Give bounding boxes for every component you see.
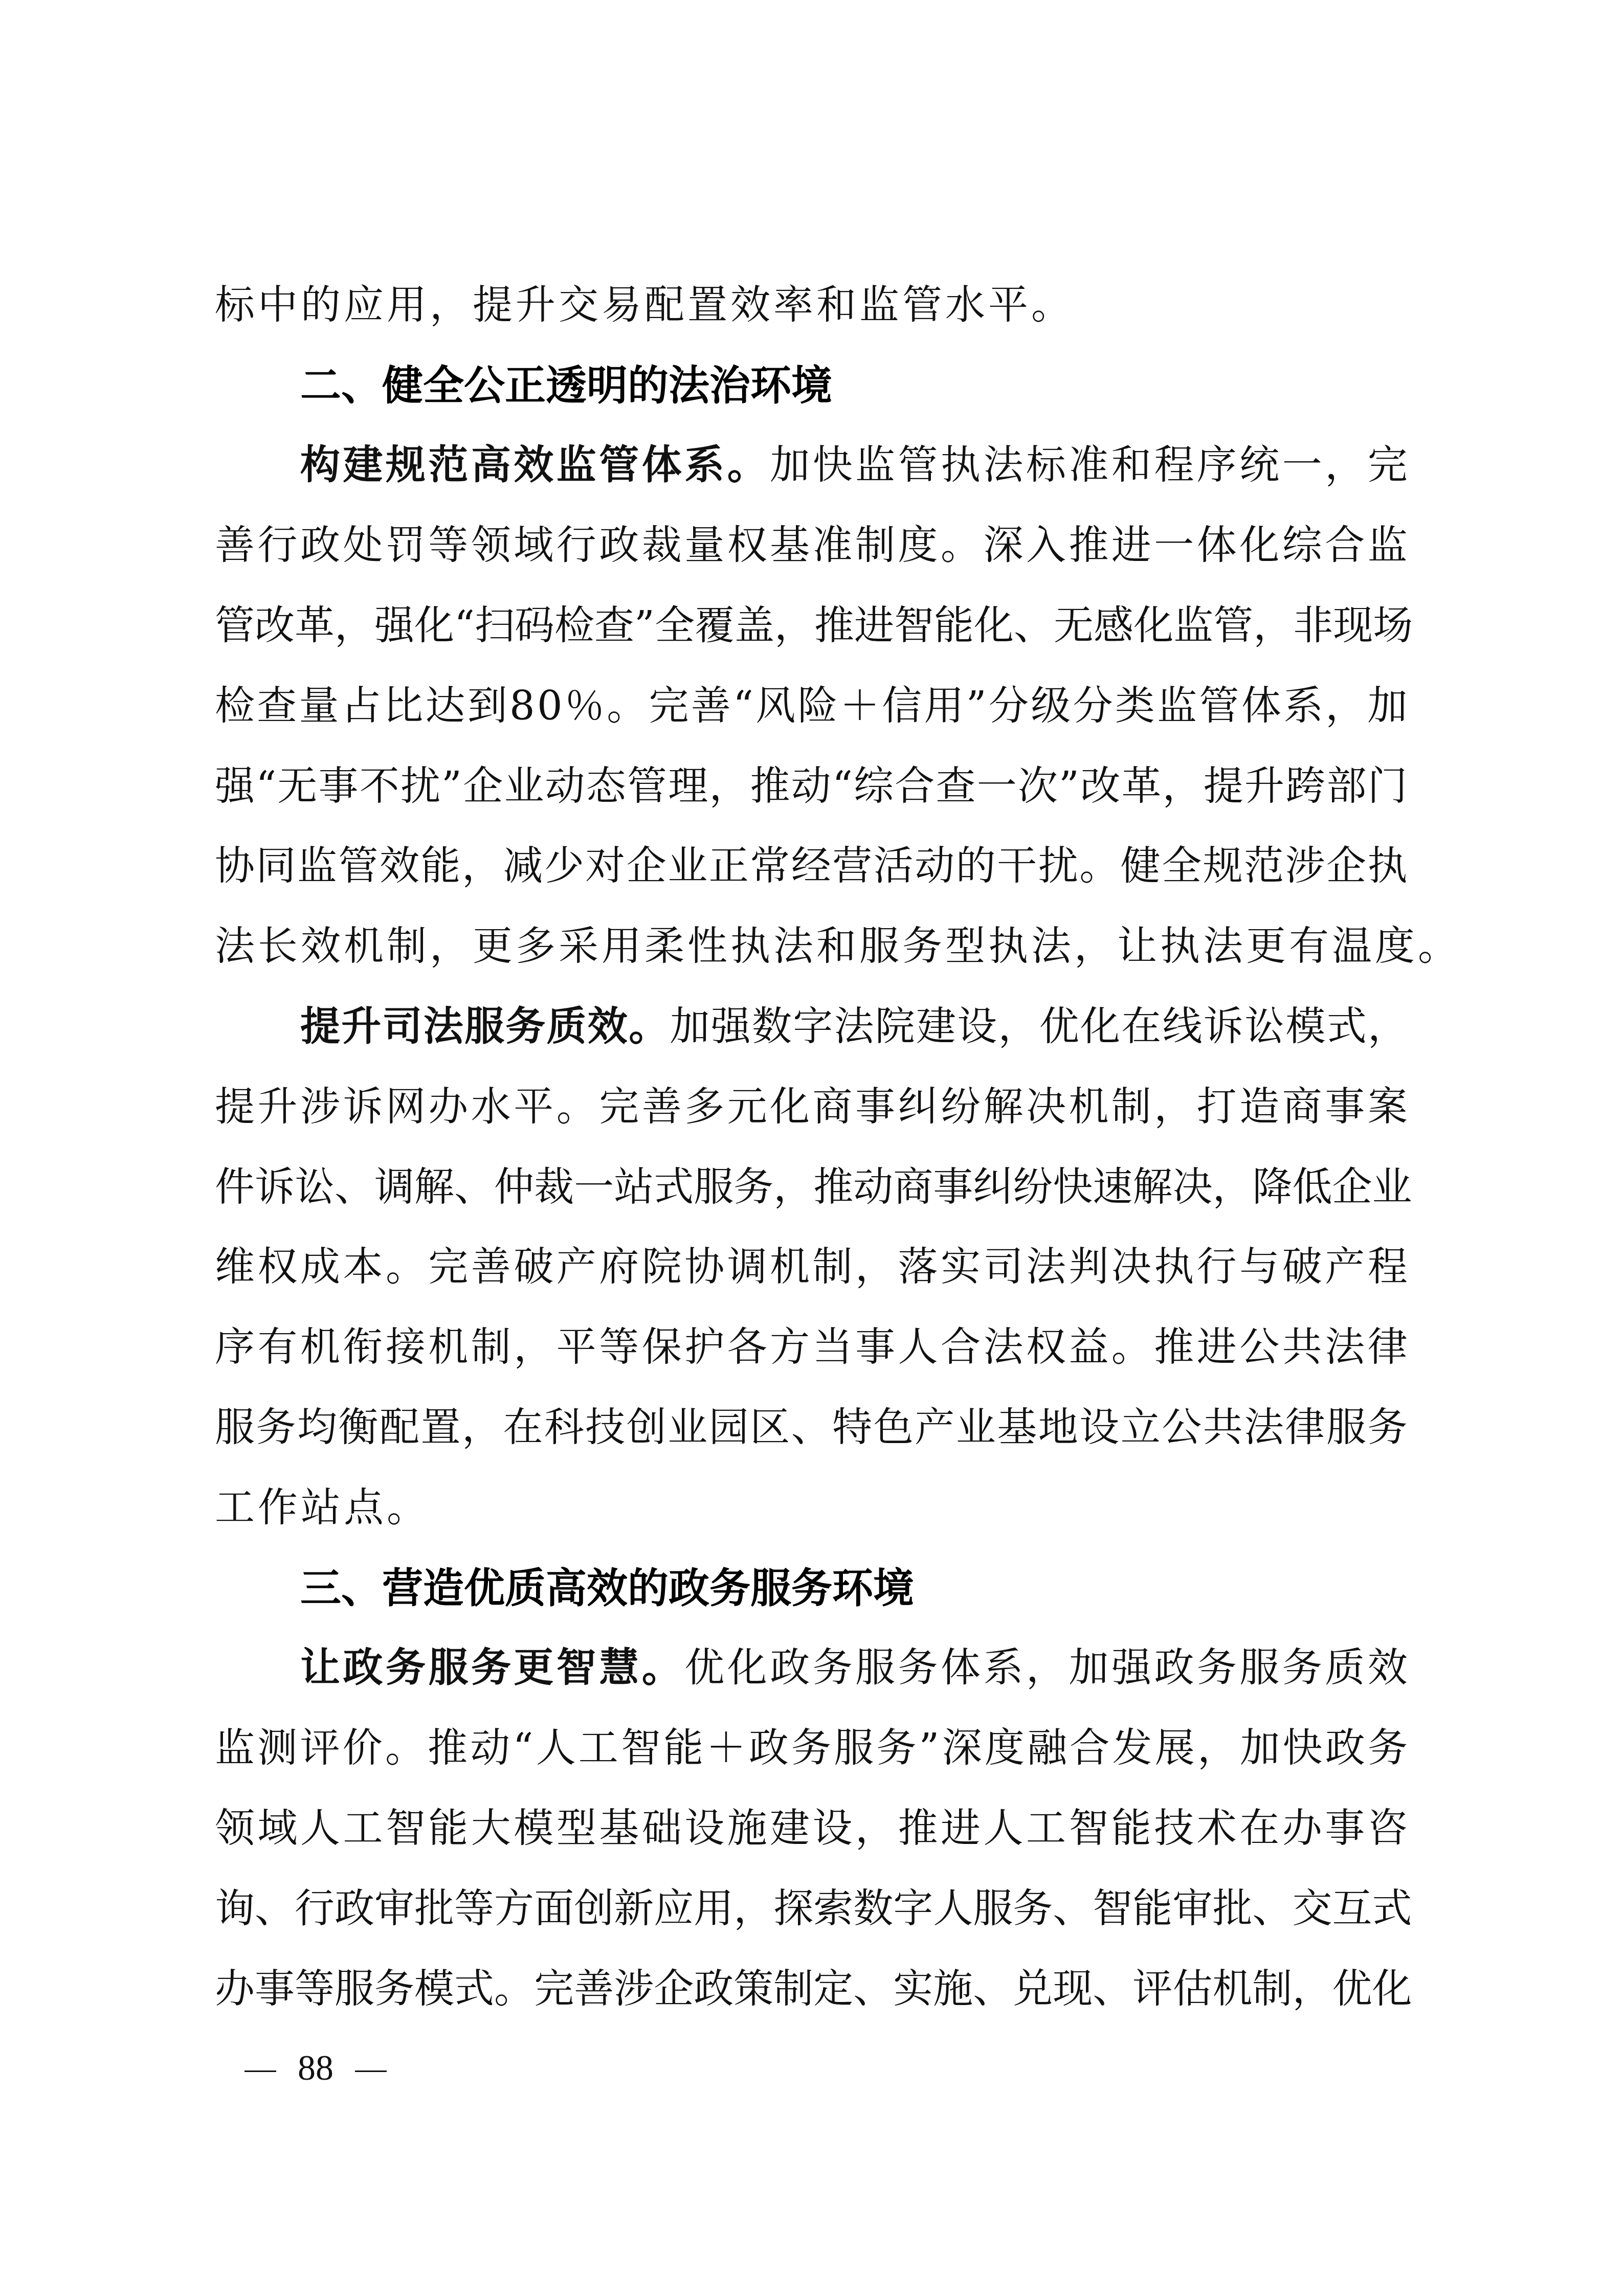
glyph: ” xyxy=(966,681,987,732)
glyph: 管 xyxy=(599,440,639,491)
glyph: 善 xyxy=(471,1242,511,1293)
glyph: 量 xyxy=(299,681,339,732)
glyph: 事 xyxy=(1325,1803,1365,1854)
glyph: 范 xyxy=(428,440,468,491)
glyph: 智 xyxy=(1069,1803,1108,1854)
glyph: 数 xyxy=(853,1883,893,1934)
glyph: 估 xyxy=(1172,1964,1212,2015)
glyph: 无 xyxy=(277,761,317,812)
glyph: 分 xyxy=(1073,681,1113,732)
glyph: 成 xyxy=(300,1242,340,1293)
glyph: 维 xyxy=(215,1242,255,1293)
glyph: 执 xyxy=(1154,1242,1194,1293)
glyph: ， xyxy=(1368,1001,1408,1052)
glyph: 公 xyxy=(1239,1322,1279,1373)
glyph: 纷 xyxy=(941,1082,981,1133)
glyph: 调 xyxy=(727,1242,767,1293)
glyph: 企 xyxy=(1326,841,1366,892)
glyph: 政 xyxy=(599,520,639,571)
glyph: 营 xyxy=(832,841,872,892)
section-heading-3: 三、营造优质高效的政务服务环境 xyxy=(300,1563,914,1614)
glyph: 产 xyxy=(915,1402,954,1453)
glyph: 罚 xyxy=(386,520,426,571)
glyph: 水 xyxy=(471,1082,511,1133)
glyph: 完 xyxy=(649,681,689,732)
glyph: 检 xyxy=(554,600,594,651)
glyph: 化 xyxy=(770,1082,810,1133)
glyph: 型 xyxy=(557,1803,596,1854)
glyph: 技 xyxy=(585,1402,625,1453)
glyph: 快 xyxy=(813,440,853,491)
glyph: 人 xyxy=(983,1803,1023,1854)
glyph: 综 xyxy=(854,761,894,812)
glyph: 字 xyxy=(793,1001,833,1052)
glyph: 进 xyxy=(941,1803,981,1854)
glyph: 服 xyxy=(1239,1642,1279,1694)
glyph: 政 xyxy=(300,520,340,571)
glyph: ， xyxy=(462,1402,502,1453)
glyph: 正 xyxy=(709,841,749,892)
body-line: 领域人工智能大模型基础设施建设，推进人工智能技术在办事咨 xyxy=(215,1803,1408,1854)
glyph: ＋ xyxy=(706,1723,746,1774)
glyph: 。 xyxy=(727,440,767,491)
glyph: 创 xyxy=(627,1402,666,1453)
glyph: 服 xyxy=(855,1642,895,1694)
glyph: 机 xyxy=(428,1322,468,1373)
glyph: 网 xyxy=(386,1082,426,1133)
glyph: 合 xyxy=(941,1322,981,1373)
glyph: 协 xyxy=(215,841,255,892)
glyph: 。 xyxy=(1111,1322,1151,1373)
page-number-value: 88 xyxy=(298,2049,333,2088)
glyph: 新 xyxy=(614,1883,654,1934)
glyph: 体 xyxy=(1197,520,1237,571)
glyph: 低 xyxy=(1292,1162,1332,1213)
glyph: 监 xyxy=(297,841,337,892)
glyph: 行 xyxy=(1197,1242,1237,1293)
glyph: 础 xyxy=(642,1803,682,1854)
heading-text: 二、健全公正透明的法治环境 xyxy=(300,362,832,409)
glyph: 查 xyxy=(257,681,297,732)
glyph: 推 xyxy=(750,761,790,812)
glyph: 展 xyxy=(1155,1723,1195,1774)
glyph: 查 xyxy=(936,761,975,812)
glyph: 机 xyxy=(300,1322,340,1373)
glyph: 务 xyxy=(471,1642,511,1694)
glyph: 询 xyxy=(215,1883,255,1934)
glyph: 准 xyxy=(813,520,853,571)
glyph: 一 xyxy=(1282,440,1322,491)
glyph: 工 xyxy=(1026,1803,1066,1854)
glyph: 统 xyxy=(1239,440,1279,491)
paragraph-first-line: 构建规范高效监管体系。加快监管执法标准和程序统一，完 xyxy=(300,440,1408,491)
glyph: 政 xyxy=(694,1964,733,2015)
glyph: 场 xyxy=(1373,600,1413,651)
glyph: 系 xyxy=(1283,681,1323,732)
glyph: 式 xyxy=(654,1162,694,1213)
glyph: 执 xyxy=(1368,841,1408,892)
glyph: 在 xyxy=(503,1402,543,1453)
glyph: 院 xyxy=(642,1242,682,1293)
glyph: 纠 xyxy=(973,1162,1013,1213)
glyph: 产 xyxy=(557,1242,596,1293)
body-line: 工作站点。 xyxy=(215,1482,1408,1534)
glyph: 与 xyxy=(1239,1242,1279,1293)
glyph: 标 xyxy=(1026,440,1066,491)
glyph: 立 xyxy=(1121,1402,1161,1453)
body-line: 维权成本。完善破产府院协调机制，落实司法判决执行与破产程 xyxy=(215,1242,1408,1293)
glyph: ， xyxy=(855,1803,895,1854)
glyph: 推 xyxy=(814,600,854,651)
glyph: 数 xyxy=(752,1001,792,1052)
body-line: 协同监管效能，减少对企业正常经营活动的干扰。健全规范涉企执 xyxy=(215,841,1408,892)
glyph: ， xyxy=(773,1162,813,1213)
body-line: 服务均衡配置，在科技创业园区、特色产业基地设立公共法律服务 xyxy=(215,1402,1408,1453)
glyph: 化 xyxy=(974,600,1014,651)
glyph: 实 xyxy=(941,1242,981,1293)
glyph: 机 xyxy=(770,1242,810,1293)
glyph: 能 xyxy=(428,1803,468,1854)
glyph: 商 xyxy=(813,1082,853,1133)
glyph: 共 xyxy=(1203,1402,1243,1453)
glyph: 诉 xyxy=(1204,1001,1243,1052)
glyph: 建 xyxy=(770,1803,810,1854)
glyph: 常 xyxy=(750,841,790,892)
glyph: 接 xyxy=(386,1322,426,1373)
glyph: 务 xyxy=(733,1162,773,1213)
section-heading-2: 二、健全公正透明的法治环境 xyxy=(300,360,832,411)
glyph: 慧 xyxy=(599,1642,639,1694)
glyph: ” xyxy=(1059,761,1079,812)
body-line: 办事等服务模式。完善涉企政策制定、实施、兑现、评估机制，优化 xyxy=(215,1964,1408,2015)
glyph: 策 xyxy=(733,1964,773,2015)
glyph: 权 xyxy=(257,1242,297,1293)
body-line: 法长效机制，更多采用柔性执法和服务型执法，让执法更有温度。 xyxy=(215,921,1408,972)
glyph: 提 xyxy=(300,1001,340,1052)
glyph: 园 xyxy=(709,1402,749,1453)
glyph: ， xyxy=(774,600,814,651)
glyph: 改 xyxy=(255,600,295,651)
glyph: 式 xyxy=(1372,1883,1412,1934)
glyph: 快 xyxy=(1282,1723,1322,1774)
glyph: 人 xyxy=(536,1723,576,1774)
glyph: 法 xyxy=(834,1001,874,1052)
glyph: 方 xyxy=(770,1322,810,1373)
glyph: 智 xyxy=(557,1642,596,1694)
glyph: 政 xyxy=(770,1642,810,1694)
glyph: ， xyxy=(733,1883,773,1934)
glyph: 诉 xyxy=(255,1162,295,1213)
glyph: 合 xyxy=(895,761,935,812)
glyph: 对 xyxy=(585,841,625,892)
glyph: 务 xyxy=(1013,1883,1053,1934)
line-text: 法长效机制，更多采用柔性执法和服务型执法，让执法更有温度。 xyxy=(215,924,1461,970)
glyph: 法 xyxy=(1325,1322,1365,1373)
heading-text: 三、营造优质高效的政务服务环境 xyxy=(300,1564,914,1612)
glyph: 动 xyxy=(470,1723,510,1774)
glyph: 全 xyxy=(655,600,695,651)
glyph: 融 xyxy=(1027,1723,1067,1774)
glyph: 保 xyxy=(642,1322,682,1373)
glyph: 高 xyxy=(471,440,511,491)
glyph: 方 xyxy=(494,1883,534,1934)
glyph: 让 xyxy=(300,1642,340,1694)
glyph: 智 xyxy=(386,1803,426,1854)
glyph: 纠 xyxy=(898,1082,938,1133)
glyph: 人 xyxy=(300,1803,340,1854)
glyph: 现 xyxy=(1053,1964,1093,2015)
glyph: 强 xyxy=(215,761,255,812)
glyph: 革 xyxy=(295,600,335,651)
glyph: 兑 xyxy=(1013,1964,1053,2015)
glyph: 推 xyxy=(898,1803,938,1854)
glyph: 非 xyxy=(1293,600,1333,651)
glyph: 加 xyxy=(770,440,810,491)
glyph: 态 xyxy=(586,761,626,812)
glyph: 制 xyxy=(855,520,895,571)
body-line: 询、行政审批等方面创新应用，探索数字人服务、智能审批、交互式 xyxy=(215,1883,1408,1934)
body-line: 善行政处罚等领域行政裁量权基准制度。深入推进一体化综合监 xyxy=(215,520,1408,571)
glyph: 务 xyxy=(1368,1402,1408,1453)
glyph: 体 xyxy=(1241,681,1281,732)
glyph: 优 xyxy=(1332,1964,1372,2015)
glyph: 地 xyxy=(1038,1402,1078,1453)
glyph: 协 xyxy=(684,1242,724,1293)
glyph: 服 xyxy=(834,1723,874,1774)
glyph: 办 xyxy=(1282,1803,1322,1854)
glyph: 经 xyxy=(791,841,831,892)
glyph: 法 xyxy=(984,440,1024,491)
glyph: 行 xyxy=(295,1883,335,1934)
glyph: 政 xyxy=(1154,1642,1194,1694)
glyph: 用 xyxy=(924,681,964,732)
glyph: 业 xyxy=(668,841,707,892)
glyph: 。 xyxy=(642,1642,682,1694)
glyph: 政 xyxy=(1325,1723,1365,1774)
line-text: 标中的应用，提升交易配置效率和监管水平。 xyxy=(215,282,1074,328)
glyph: 解 xyxy=(414,1162,454,1213)
glyph: 本 xyxy=(343,1242,383,1293)
glyph: 衔 xyxy=(343,1322,383,1373)
body-line: 提升涉诉网办水平。完善多元化商事纠纷解决机制，打造商事案 xyxy=(215,1082,1408,1133)
glyph: 少 xyxy=(544,841,584,892)
glyph: ” xyxy=(441,761,462,812)
glyph: ， xyxy=(1154,1082,1194,1133)
glyph: 域 xyxy=(514,520,553,571)
glyph: 机 xyxy=(1212,1964,1252,2015)
glyph: 管 xyxy=(1199,681,1239,732)
glyph: ， xyxy=(1325,681,1365,732)
glyph: ％ xyxy=(565,681,605,732)
glyph: 涉 xyxy=(1285,841,1325,892)
glyph: 司 xyxy=(383,1001,422,1052)
glyph: 感 xyxy=(1094,600,1133,651)
glyph: 0 xyxy=(537,681,563,732)
glyph: 务 xyxy=(876,1723,916,1774)
glyph: 扫 xyxy=(475,600,515,651)
glyph: 线 xyxy=(1163,1001,1203,1052)
glyph: 讼 xyxy=(1244,1001,1284,1052)
glyph: 干 xyxy=(997,841,1037,892)
glyph: 服 xyxy=(428,1642,468,1694)
glyph: 衡 xyxy=(338,1402,378,1453)
glyph: 服 xyxy=(215,1402,255,1453)
glyph: 类 xyxy=(1115,681,1155,732)
glyph: 术 xyxy=(1197,1803,1237,1854)
glyph: 完 xyxy=(534,1964,574,2015)
glyph: 事 xyxy=(855,1082,895,1133)
glyph: 式 xyxy=(454,1964,494,2015)
glyph: 务 xyxy=(791,1723,831,1774)
glyph: 破 xyxy=(514,1242,553,1293)
glyph: 、 xyxy=(1252,1883,1292,1934)
glyph: ， xyxy=(514,1322,553,1373)
glyph: 入 xyxy=(1026,520,1066,571)
glyph: 等 xyxy=(428,520,468,571)
glyph: 化 xyxy=(1372,1964,1412,2015)
glyph: 系 xyxy=(984,1642,1024,1694)
glyph: 施 xyxy=(727,1803,767,1854)
glyph: 善 xyxy=(215,520,255,571)
glyph: 构 xyxy=(300,440,340,491)
glyph: 跨 xyxy=(1285,761,1325,812)
glyph: 。 xyxy=(941,520,981,571)
glyph: 决 xyxy=(1172,1162,1212,1213)
glyph: 法 xyxy=(1026,1242,1066,1293)
glyph: 业 xyxy=(956,1402,996,1453)
glyph: 、 xyxy=(1053,1883,1093,1934)
glyph: 管 xyxy=(215,600,255,651)
glyph: 探 xyxy=(773,1883,813,1934)
glyph: ， xyxy=(709,761,749,812)
glyph: 。 xyxy=(494,1964,534,2015)
glyph: 、 xyxy=(255,1883,295,1934)
glyph: 优 xyxy=(684,1642,724,1694)
glyph: 扰 xyxy=(401,761,440,812)
glyph: 人 xyxy=(933,1883,973,1934)
glyph: 色 xyxy=(874,1402,914,1453)
glyph: 用 xyxy=(694,1883,733,1934)
glyph: “ xyxy=(733,681,753,732)
glyph: 企 xyxy=(627,841,666,892)
glyph: 商 xyxy=(893,1162,933,1213)
glyph: 价 xyxy=(343,1723,383,1774)
glyph: 案 xyxy=(1368,1082,1408,1133)
glyph: 处 xyxy=(343,520,383,571)
glyph: 一 xyxy=(977,761,1017,812)
glyph: 。 xyxy=(607,681,647,732)
glyph: 减 xyxy=(503,841,543,892)
glyph: 务 xyxy=(505,1001,545,1052)
glyph: 破 xyxy=(1282,1242,1322,1293)
glyph: 多 xyxy=(684,1082,724,1133)
glyph: 院 xyxy=(875,1001,915,1052)
glyph: 设 xyxy=(813,1803,853,1854)
glyph: 机 xyxy=(1069,1082,1108,1133)
glyph: 、 xyxy=(853,1964,893,2015)
glyph: 动 xyxy=(915,841,954,892)
glyph: 法 xyxy=(424,1001,463,1052)
glyph: 风 xyxy=(755,681,795,732)
glyph: 动 xyxy=(853,1162,893,1213)
glyph: 化 xyxy=(727,1642,767,1694)
glyph: 企 xyxy=(463,761,503,812)
glyph: 速 xyxy=(1093,1162,1132,1213)
glyph: 制 xyxy=(1252,1964,1292,2015)
glyph: 化 xyxy=(414,600,454,651)
glyph: 完 xyxy=(599,1082,639,1133)
glyph: 批 xyxy=(414,1883,454,1934)
glyph: 码 xyxy=(515,600,554,651)
glyph: 准 xyxy=(1069,440,1108,491)
glyph: 决 xyxy=(1111,1242,1151,1293)
glyph: 改 xyxy=(1080,761,1120,812)
glyph: 无 xyxy=(1054,600,1094,651)
glyph: 全 xyxy=(1162,841,1202,892)
glyph: 效 xyxy=(380,841,419,892)
glyph: 、 xyxy=(335,1162,374,1213)
glyph: 公 xyxy=(1162,1402,1202,1453)
glyph: 合 xyxy=(1325,520,1365,571)
glyph: 基 xyxy=(770,520,810,571)
glyph: 调 xyxy=(374,1162,414,1213)
glyph: 涉 xyxy=(614,1964,654,2015)
glyph: 基 xyxy=(599,1803,639,1854)
glyph: 大 xyxy=(471,1803,511,1854)
glyph: 不 xyxy=(360,761,399,812)
glyph: 制 xyxy=(471,1322,511,1373)
glyph: 监 xyxy=(1173,600,1213,651)
glyph: 置 xyxy=(420,1402,460,1453)
glyph: 智 xyxy=(621,1723,661,1774)
glyph: 测 xyxy=(257,1723,297,1774)
glyph: 面 xyxy=(534,1883,574,1934)
glyph: 到 xyxy=(468,681,507,732)
glyph: 业 xyxy=(504,761,544,812)
glyph: 行 xyxy=(557,520,596,571)
glyph: 设 xyxy=(684,1803,724,1854)
glyph: 件 xyxy=(215,1162,255,1213)
glyph: 决 xyxy=(1026,1082,1066,1133)
glyph: 监 xyxy=(855,440,895,491)
glyph: 建 xyxy=(916,1001,956,1052)
glyph: 查 xyxy=(594,600,634,651)
glyph: 革 xyxy=(1121,761,1161,812)
glyph: 办 xyxy=(215,1964,255,2015)
glyph: 加 xyxy=(1069,1642,1108,1694)
glyph: 监 xyxy=(1157,681,1197,732)
glyph: 系 xyxy=(684,440,724,491)
glyph: 落 xyxy=(898,1242,938,1293)
glyph: 强 xyxy=(1111,1642,1151,1694)
glyph: 监 xyxy=(1368,520,1408,571)
glyph: 定 xyxy=(813,1964,853,2015)
glyph: 裁 xyxy=(534,1162,574,1213)
glyph: 部 xyxy=(1326,761,1366,812)
glyph: 办 xyxy=(428,1082,468,1133)
glyph: 各 xyxy=(727,1322,767,1373)
glyph: 。 xyxy=(386,1242,426,1293)
glyph: “ xyxy=(832,761,853,812)
glyph: 质 xyxy=(1325,1642,1365,1694)
glyph: 等 xyxy=(599,1322,639,1373)
glyph: 有 xyxy=(257,1322,297,1373)
paragraph-first-line: 让政务服务更智慧。优化政务服务体系，加强政务服务质效 xyxy=(300,1642,1408,1694)
glyph: 审 xyxy=(1172,1883,1212,1934)
glyph: 领 xyxy=(471,520,511,571)
glyph: 服 xyxy=(1326,1402,1366,1453)
glyph: 应 xyxy=(654,1883,694,1934)
